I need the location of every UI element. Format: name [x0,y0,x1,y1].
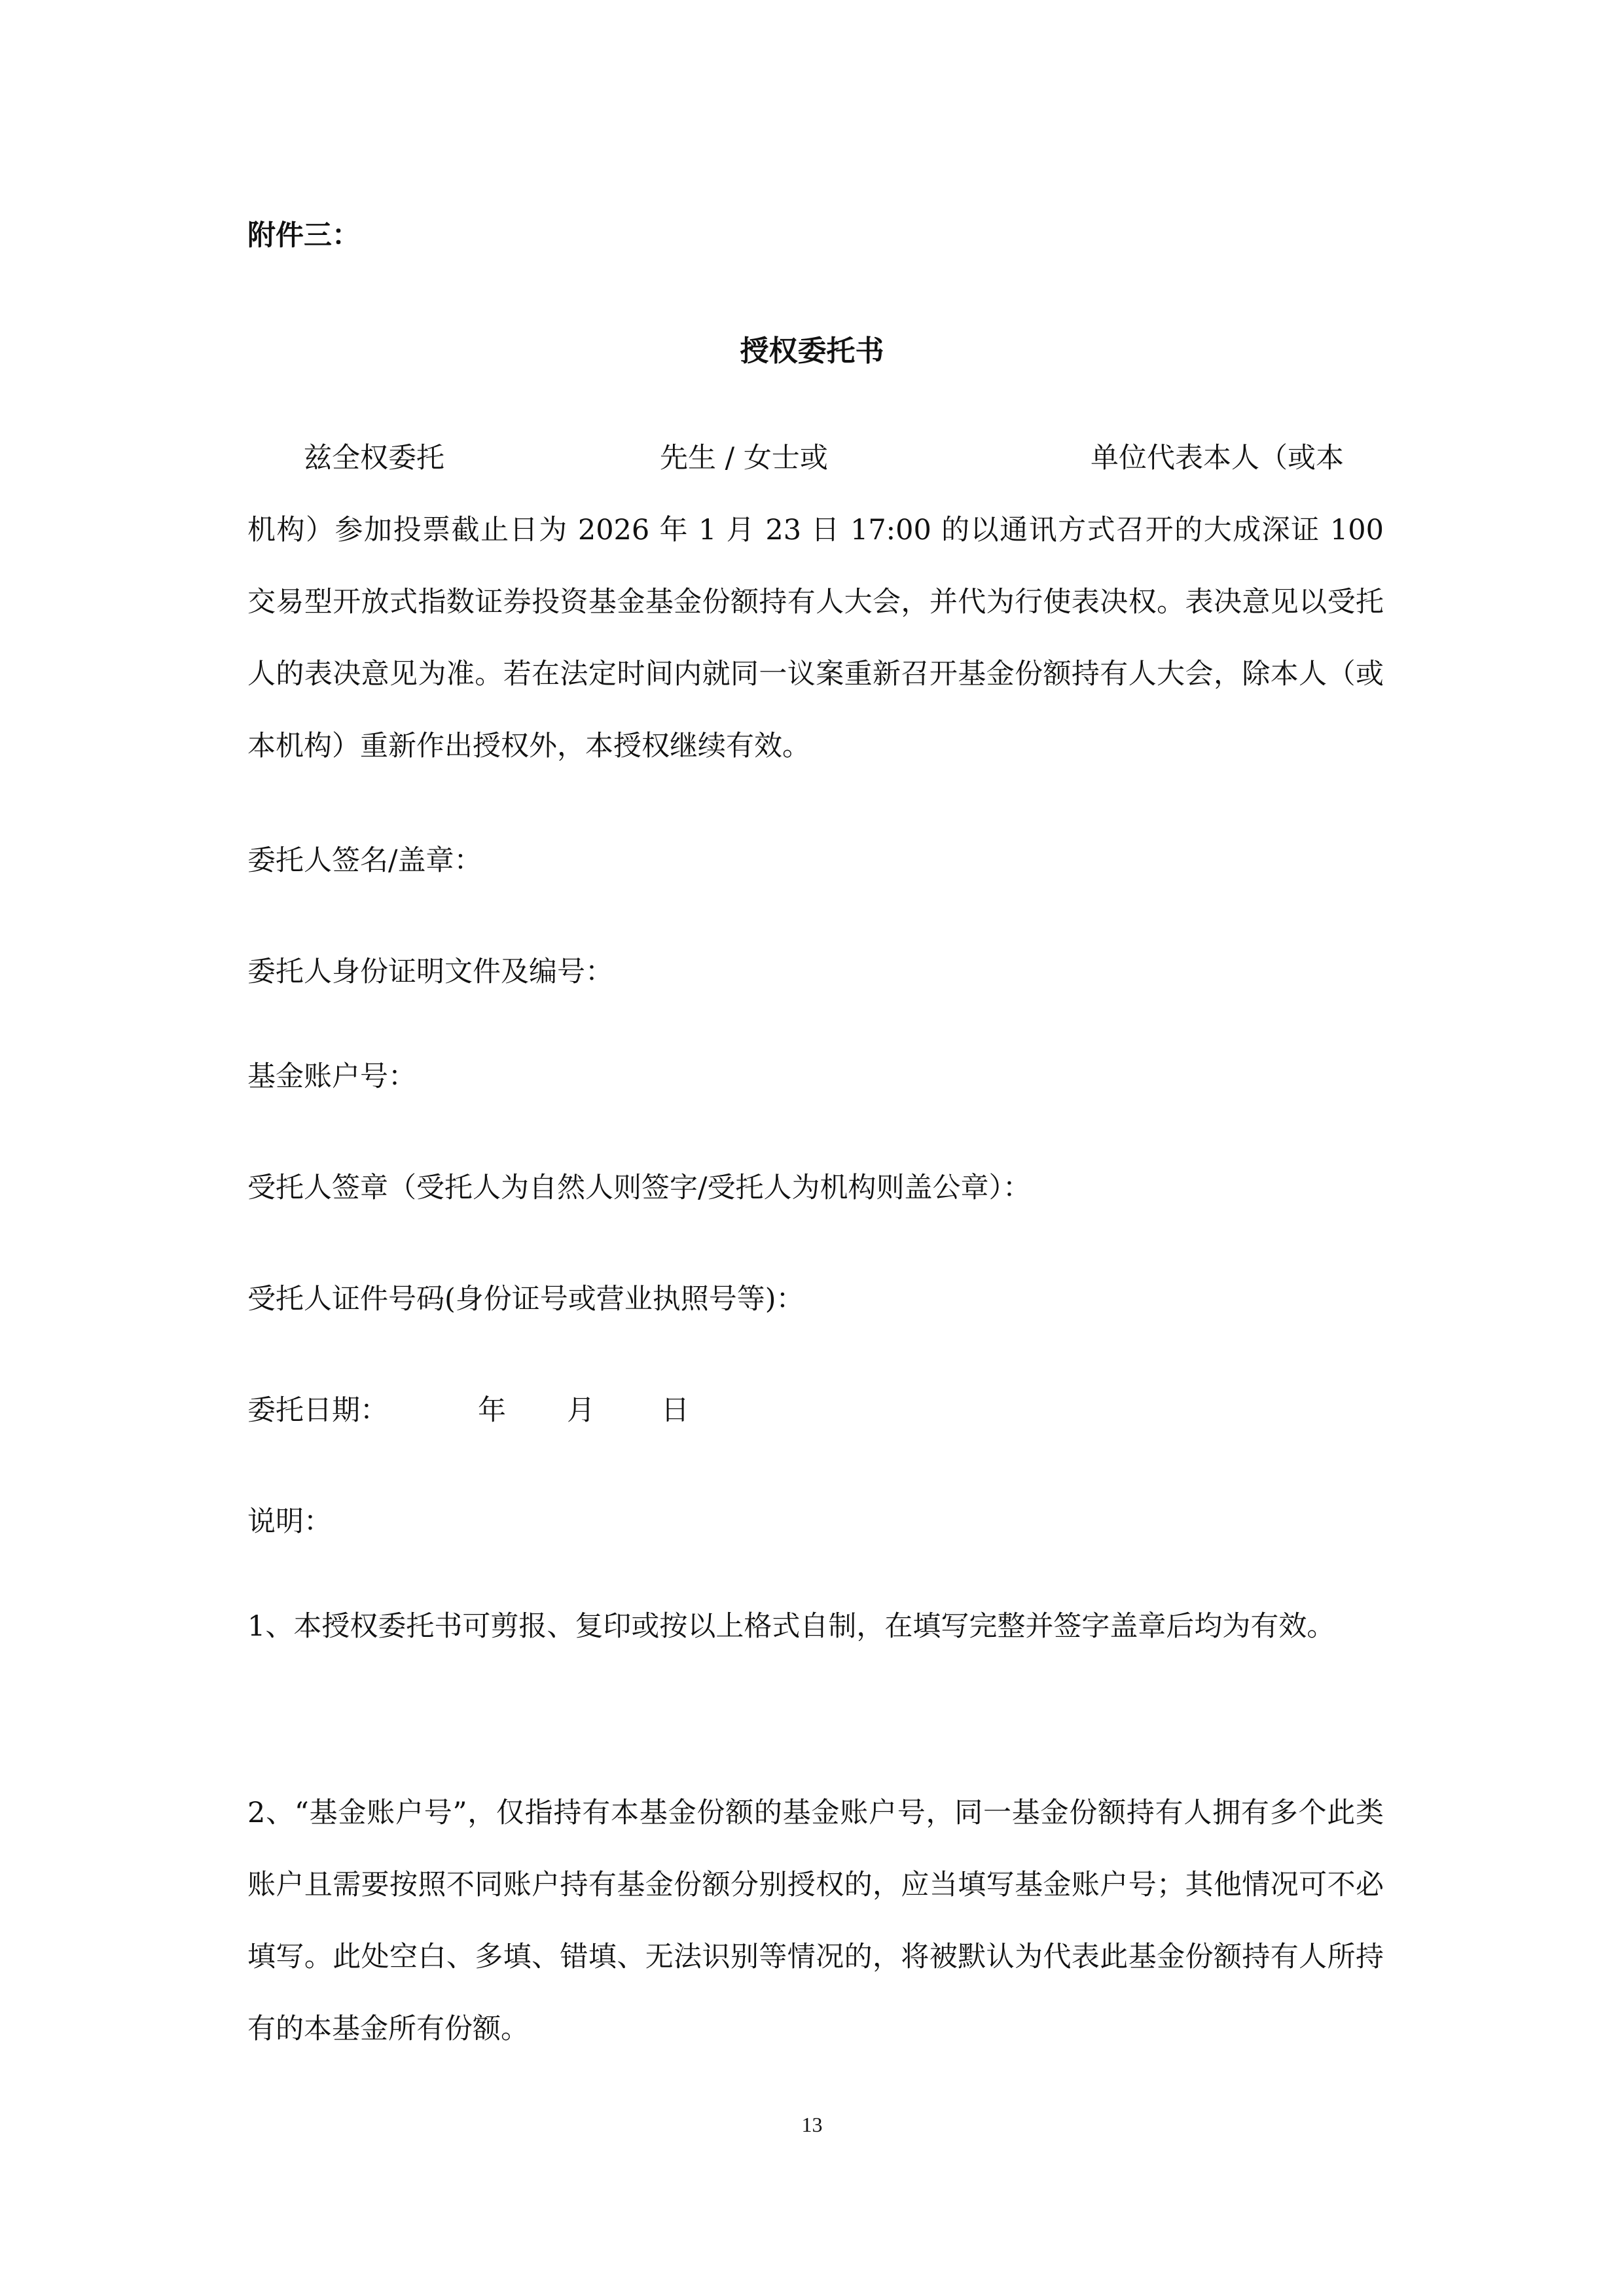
date-label: 委托日期： [247,1394,388,1427]
attachment-label: 附件三： [247,216,360,255]
field-fund-account: 基金账户号： [247,1057,416,1096]
date-day: 日 [661,1391,689,1430]
document-page: 附件三： 授权委托书 兹全权委托 先生 / 女士或 单位代表本人（或本 机构）参… [0,0,1624,2296]
intro-part-2: 先生 / 女士或 [660,439,828,478]
field-principal-signature: 委托人签名/盖章： [247,841,482,880]
intro-part-3: 单位代表本人（或本 [1091,439,1344,478]
field-agent-id-number: 受托人证件号码(身份证号或营业执照号等)： [247,1280,804,1319]
document-title: 授权委托书 [0,327,1624,369]
date-year: 年 [478,1391,506,1430]
note-item-2: 2、“基金账户号”，仅指持有本基金份额的基金账户号，同一基金份额持有人拥有多个此… [247,1777,1384,2065]
intro-part-1: 兹全权委托 [304,439,444,478]
intro-paragraph: 机构）参加投票截止日为 2026 年 1 月 23 日 17:00 的以通讯方式… [247,494,1384,782]
date-month: 月 [567,1391,595,1430]
page-number: 13 [0,2113,1624,2137]
notes-heading: 说明： [247,1502,332,1541]
field-principal-id: 委托人身份证明文件及编号： [247,952,613,992]
note-item-1: 1、本授权委托书可剪报、复印或按以上格式自制，在填写完整并签字盖章后均为有效。 [247,1590,1384,1662]
field-agent-signature: 受托人签章（受托人为自然人则签字/受托人为机构则盖公章）： [247,1168,1031,1208]
field-date: 委托日期： 年 月 日 [247,1391,771,1430]
